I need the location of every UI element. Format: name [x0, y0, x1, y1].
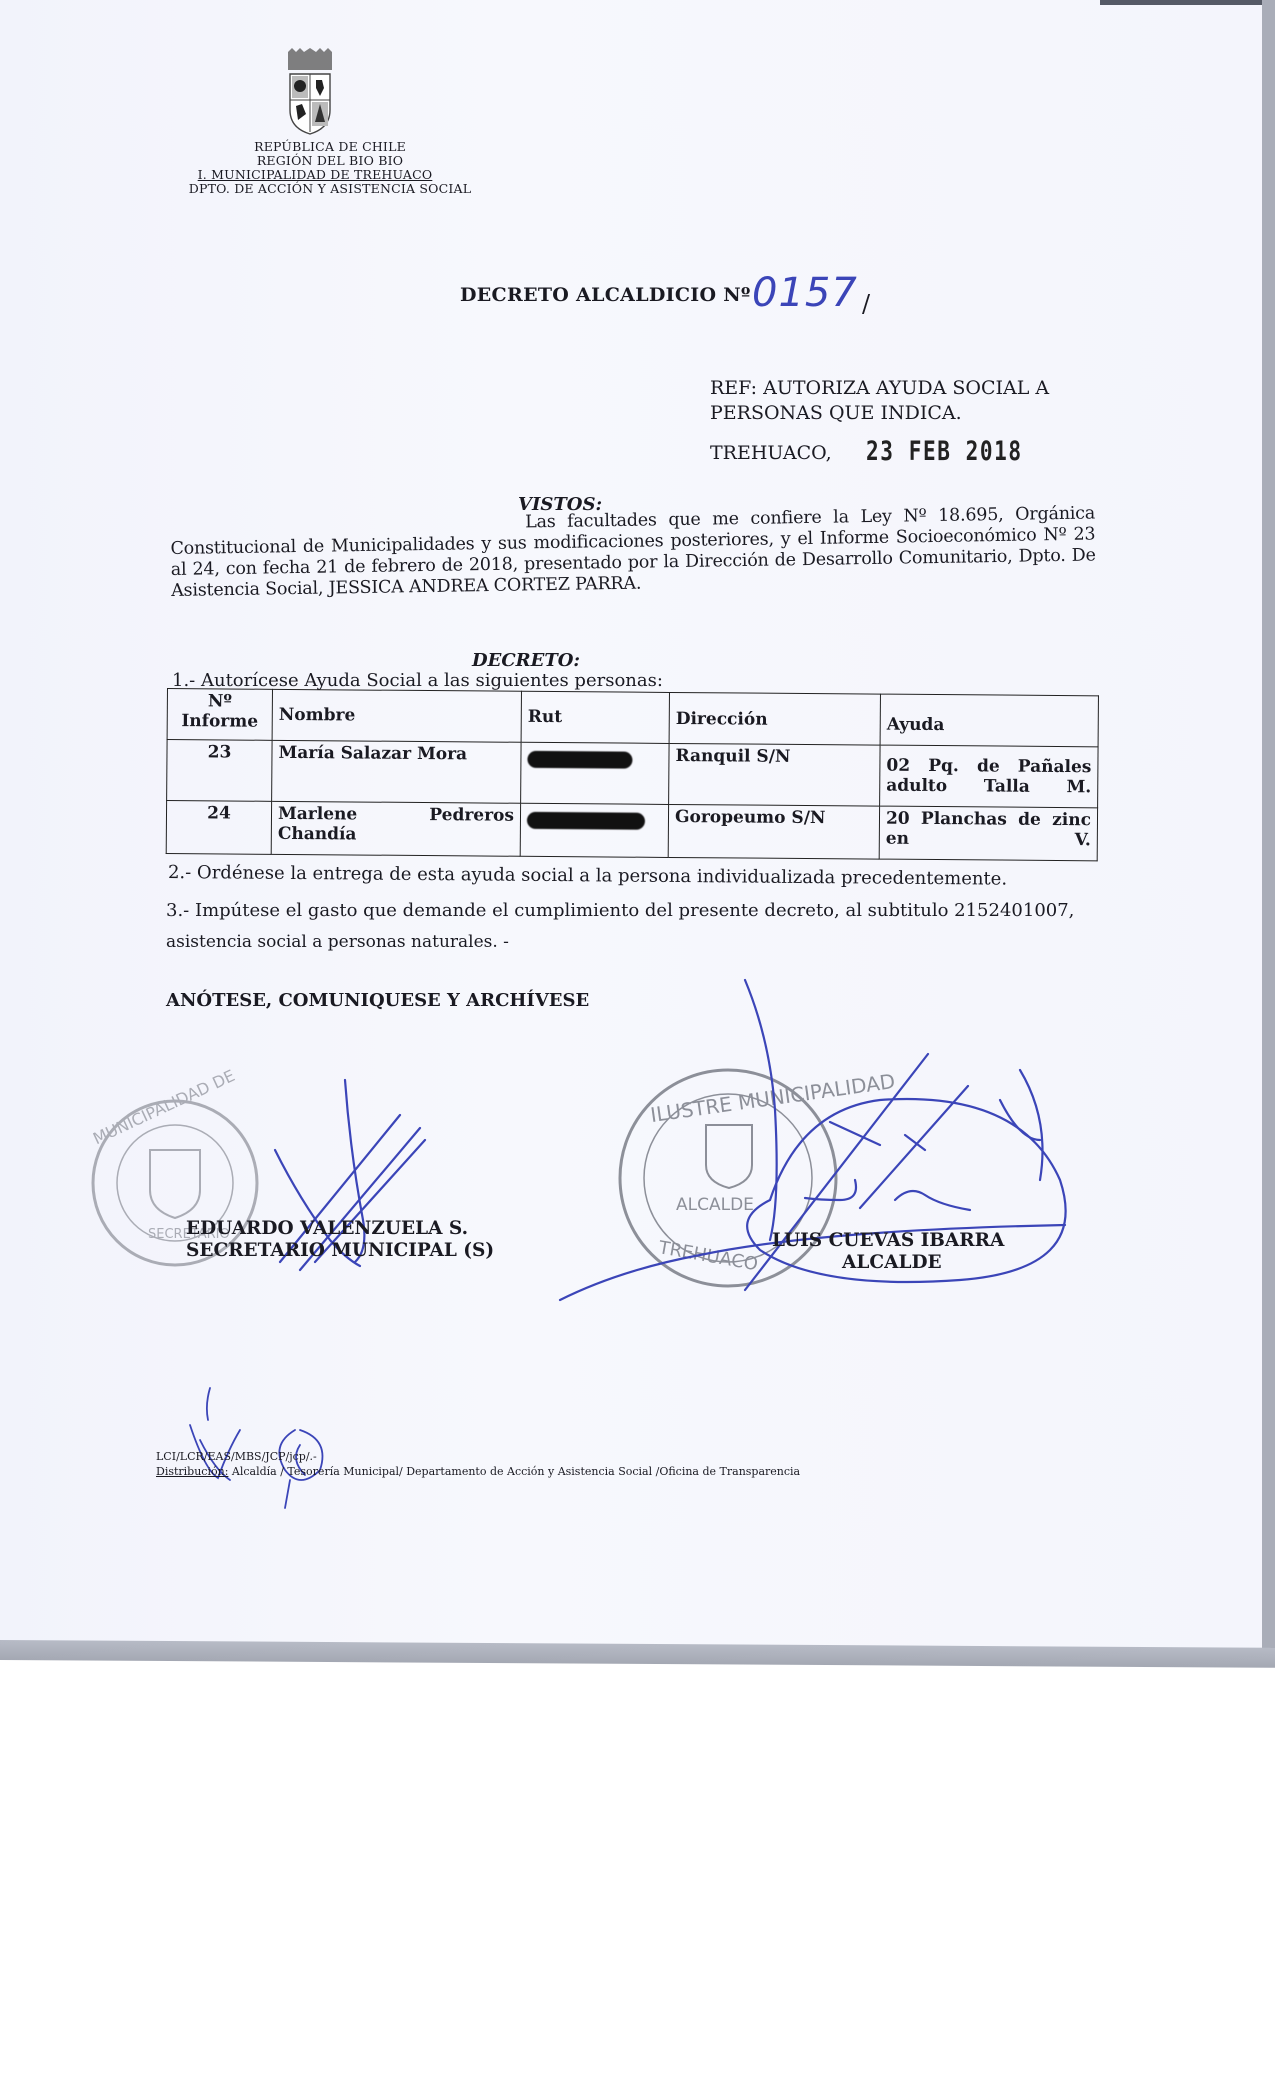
cell-informe: 23	[167, 740, 272, 802]
vistos-paragraph: Las facultades que me confiere la Ley Nº…	[170, 503, 1096, 602]
coat-of-arms-icon	[282, 48, 338, 136]
letterhead-country: REPÚBLICA DE CHILE	[180, 140, 480, 153]
header-rut: Rut	[521, 691, 669, 743]
decree-number-slash: /	[862, 290, 870, 318]
reference-line-1: REF: AUTORIZA AYUDA SOCIAL A	[710, 376, 1049, 401]
footer-distribution: Distribución: Alcaldía / Tesorería Munic…	[156, 1465, 800, 1478]
handwritten-decree-number: 0157	[752, 270, 858, 316]
cell-direccion: Goropeumo S/N	[668, 804, 879, 859]
header-direccion: Dirección	[669, 692, 880, 745]
decree-title: DECRETO ALCALDICIO Nº	[460, 284, 751, 306]
letterhead-region: REGIÓN DEL BIO BIO	[180, 154, 480, 167]
cell-rut	[521, 742, 669, 804]
header-informe: Nº Informe	[167, 689, 272, 741]
place-label: TREHUACO,	[710, 442, 832, 464]
alcalde-role: ALCALDE	[842, 1252, 942, 1274]
redaction-mark	[527, 751, 632, 769]
header-direccion-label: Dirección	[676, 709, 874, 731]
redaction-mark	[527, 812, 645, 830]
letterhead-municipality: I. MUNICIPALIDAD DE TREHUACO	[165, 168, 465, 181]
cell-ayuda: 20 Planchas de zinc en V.	[879, 806, 1097, 861]
header-informe-line2: Informe	[174, 711, 266, 732]
letterhead-department: DPTO. DE ACCIÓN Y ASISTENCIA SOCIAL	[180, 182, 480, 195]
decree-item-3-cont: asistencia social a personas naturales. …	[166, 932, 509, 952]
closing-formula: ANÓTESE, COMUNIQUESE Y ARCHÍVESE	[166, 990, 589, 1011]
cell-direccion: Ranquil S/N	[669, 743, 880, 806]
reference-block: REF: AUTORIZA AYUDA SOCIAL A PERSONAS QU…	[710, 376, 1049, 426]
header-informe-line1: Nº	[174, 691, 266, 712]
table-header-row: Nº Informe Nombre Rut Dirección Ayuda	[167, 689, 1098, 747]
header-nombre: Nombre	[272, 689, 521, 742]
beneficiaries-table: Nº Informe Nombre Rut Dirección Ayuda 23…	[166, 688, 1099, 861]
cell-informe: 24	[166, 801, 271, 855]
vistos-text: Las facultades que me confiere la Ley Nº…	[170, 503, 1096, 601]
distribution-label: Distribución:	[156, 1465, 228, 1478]
distribution-list: Alcaldía / Tesorería Municipal/ Departam…	[228, 1465, 800, 1478]
scan-edge-right	[1262, 0, 1275, 1660]
reference-line-2: PERSONAS QUE INDICA.	[710, 401, 1049, 426]
decree-item-3: 3.- Impútese el gasto que demande el cum…	[166, 900, 1074, 921]
secretario-name: EDUARDO VALENZUELA S.	[186, 1218, 494, 1240]
scan-edge-top	[1100, 0, 1275, 5]
table-row: 23 María Salazar Mora Ranquil S/N 02 Pq.…	[167, 740, 1098, 808]
secretario-signature-block: EDUARDO VALENZUELA S. SECRETARIO MUNICIP…	[186, 1218, 494, 1262]
cell-nombre: María Salazar Mora	[272, 740, 521, 803]
decreto-heading: DECRETO:	[472, 650, 580, 671]
cell-nombre: Marlene Pedreros Chandía	[271, 801, 520, 856]
table-row: 24 Marlene Pedreros Chandía Goropeumo S/…	[166, 801, 1097, 861]
footer-initials: LCI/LCR/EAS/MBS/JCP/jcp/.-	[156, 1450, 317, 1463]
header-ayuda: Ayuda	[880, 694, 1098, 747]
cell-rut	[520, 803, 668, 857]
secretario-role: SECRETARIO MUNICIPAL (S)	[186, 1240, 494, 1262]
alcalde-name: LUIS CUEVAS IBARRA	[772, 1230, 1004, 1252]
cell-ayuda: 02 Pq. de Pañales adulto Talla M.	[880, 745, 1098, 808]
header-ayuda-label: Ayuda	[887, 715, 1092, 737]
date-stamp: 23 FEB 2018	[866, 436, 1023, 467]
